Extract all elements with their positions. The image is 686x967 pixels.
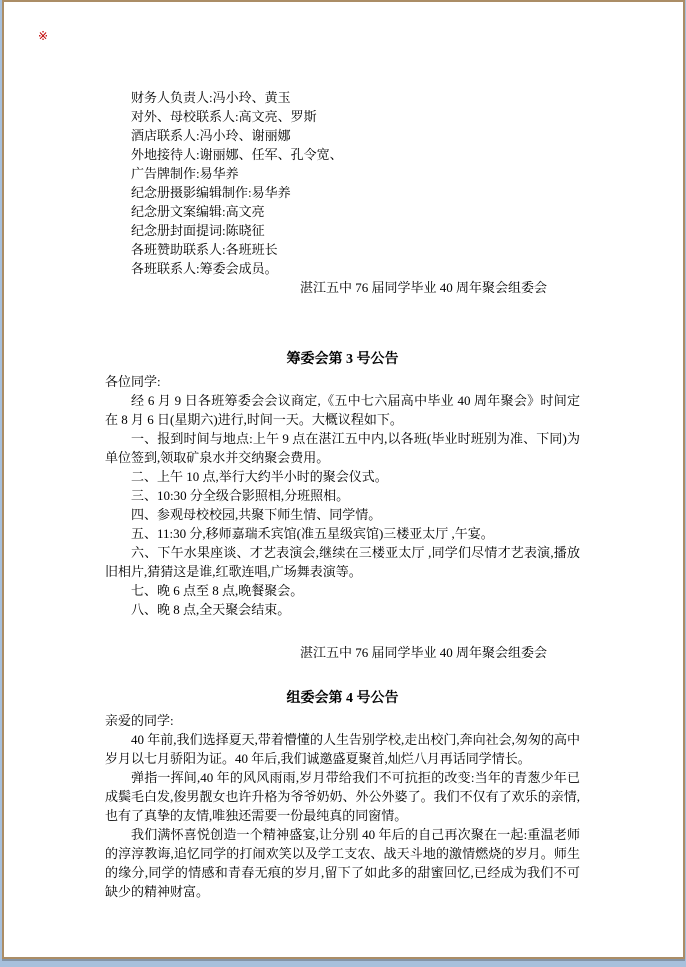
notice-3-item: 八、晚 8 点,全天聚会结束。 [105, 600, 580, 619]
notice-3-item: 一、报到时间与地点:上午 9 点在湛江五中内,以各班(毕业时班别为准、下同)为单… [105, 429, 580, 467]
notice-3-item: 六、下午水果座谈、才艺表演会,继续在三楼亚太厅 ,同学们尽情才艺表演,播放旧相片… [105, 543, 580, 581]
notice-3-item: 二、上午 10 点,举行大约半小时的聚会仪式。 [105, 467, 580, 486]
notice-4-paragraph: 弹指一挥间,40 年的风风雨雨,岁月带给我们不可抗拒的改变:当年的青葱少年已成鬓… [105, 768, 580, 825]
roster-line: 纪念册摄影编辑制作:易华养 [105, 183, 580, 202]
roster-line: 各班联系人:筹委会成员。 [105, 259, 580, 278]
notice-3-item: 五、11:30 分,移师嘉瑞禾宾馆(准五星级宾馆)三楼亚太厅 ,午宴。 [105, 524, 580, 543]
red-reference-mark-icon: ※ [38, 30, 48, 42]
roster-line: 各班赞助联系人:各班班长 [105, 240, 580, 259]
notice-3-intro: 经 6 月 9 日各班筹委会会议商定,《五中七六届高中毕业 40 周年聚会》时间… [105, 391, 580, 429]
committee-signature: 湛江五中 76 届同学毕业 40 周年聚会组委会 [105, 643, 580, 662]
document-content: 财务人负责人:冯小玲、黄玉 对外、母校联系人:高文亮、罗斯 酒店联系人:冯小玲、… [105, 2, 580, 901]
notice-3: 筹委会第 3 号公告 各位同学: 经 6 月 9 日各班筹委会会议商定,《五中七… [105, 349, 580, 662]
notice-4-paragraph: 40 年前,我们选择夏天,带着懵懂的人生告别学校,走出校门,奔向社会,匆匆的高中… [105, 730, 580, 768]
roster-line: 纪念册文案编辑:高文亮 [105, 202, 580, 221]
notice-4-salutation: 亲爱的同学: [105, 711, 580, 730]
notice-3-salutation: 各位同学: [105, 372, 580, 391]
roster-line: 酒店联系人:冯小玲、谢丽娜 [105, 126, 580, 145]
document-page: ※ 财务人负责人:冯小玲、黄玉 对外、母校联系人:高文亮、罗斯 酒店联系人:冯小… [2, 0, 685, 959]
committee-signature: 湛江五中 76 届同学毕业 40 周年聚会组委会 [105, 278, 580, 297]
notice-3-title: 筹委会第 3 号公告 [105, 349, 580, 370]
roster-line: 纪念册封面提词:陈晓征 [105, 221, 580, 240]
notice-4-paragraph: 我们满怀喜悦创造一个精神盛宴,让分别 40 年后的自己再次聚在一起:重温老师的淳… [105, 825, 580, 901]
notice-3-item: 四、参观母校校园,共聚下师生情、同学情。 [105, 505, 580, 524]
committee-roster: 财务人负责人:冯小玲、黄玉 对外、母校联系人:高文亮、罗斯 酒店联系人:冯小玲、… [105, 88, 580, 297]
notice-3-item: 三、10:30 分全级合影照相,分班照相。 [105, 486, 580, 505]
roster-line: 广告牌制作:易华养 [105, 164, 580, 183]
roster-line: 财务人负责人:冯小玲、黄玉 [105, 88, 580, 107]
notice-4-title: 组委会第 4 号公告 [105, 688, 580, 709]
notice-4: 组委会第 4 号公告 亲爱的同学: 40 年前,我们选择夏天,带着懵懂的人生告别… [105, 688, 580, 901]
roster-line: 对外、母校联系人:高文亮、罗斯 [105, 107, 580, 126]
roster-line: 外地接待人:谢丽娜、任军、孔令宽、 [105, 145, 580, 164]
notice-3-item: 七、晚 6 点至 8 点,晚餐聚会。 [105, 581, 580, 600]
